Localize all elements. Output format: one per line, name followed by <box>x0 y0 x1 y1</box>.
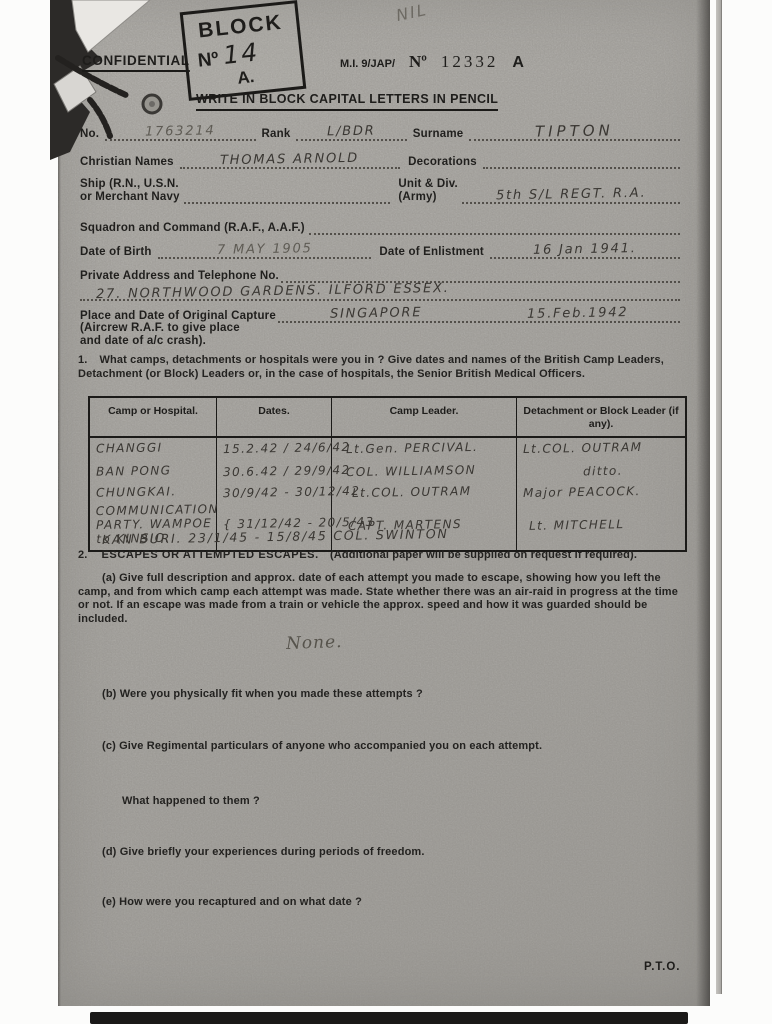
stamp-no-label: Nº <box>197 49 220 72</box>
rank-label: Rank <box>262 128 291 141</box>
capture-field: SINGAPORE 15.Feb.1942 <box>278 304 680 323</box>
address-field: 27. NORTHWOOD GARDENS. ILFORD ESSEX. <box>80 282 680 301</box>
cell-detachment: Major PEACOCK. <box>523 484 641 500</box>
question-2-title: ESCAPES OR ATTEMPTED ESCAPES. <box>101 549 318 561</box>
cell-dates: 15.2.42 / 24/6/42 <box>223 440 351 456</box>
header-dates: Dates. <box>217 398 332 436</box>
address-value: 27. NORTHWOOD GARDENS. ILFORD ESSEX. <box>96 281 450 302</box>
unit-label-line2: (Army) <box>398 191 458 204</box>
unit-value: 5th S/L REGT. R.A. <box>496 186 647 204</box>
decorations-label: Decorations <box>408 156 477 169</box>
no-field: 1763214 <box>105 122 255 141</box>
unit-field: 5th S/L REGT. R.A. <box>462 185 680 204</box>
ref-no-label: Nº <box>409 52 427 72</box>
camps-table-header: Camp or Hospital. Dates. Camp Leader. De… <box>90 398 685 438</box>
field-row-address-value: 27. NORTHWOOD GARDENS. ILFORD ESSEX. <box>80 282 680 301</box>
field-row-no-rank-surname: No. 1763214 Rank L/BDR Surname TIPTON <box>80 122 680 141</box>
squadron-field <box>309 216 680 235</box>
date-of-birth-value: 7 MAY 1905 <box>217 241 313 258</box>
torn-paper-flap <box>72 0 150 52</box>
question-2a-text: (a) Give full description and approx. da… <box>78 572 692 626</box>
question-2a-answer: None. <box>286 632 343 654</box>
date-of-birth-label: Date of Birth <box>80 246 152 259</box>
pto-marking: P.T.O. <box>644 961 680 973</box>
table-row: CHUNGKAI. 30/9/42 - 30/12/42. Lt.COL. OU… <box>90 482 685 502</box>
date-of-birth-field: 7 MAY 1905 <box>158 240 372 259</box>
field-row-capture: Place and Date of Original Capture SINGA… <box>80 304 680 323</box>
cell-camp: CHUNGKAI. <box>96 484 177 499</box>
cell-dates: 30/9/42 - 30/12/42. <box>223 484 366 500</box>
table-row: BAN PONG 30.6.42 / 29/9/42 COL. WILLIAMS… <box>90 461 685 482</box>
reference-number-line: M.I. 9/JAP/ Nº 12332 A <box>340 52 524 72</box>
scan-bottom-bar <box>90 1012 688 1024</box>
cell-camp: CHANGGI <box>96 440 163 455</box>
address-field-lead <box>281 264 680 283</box>
no-label: No. <box>80 128 99 141</box>
header-detachment-leader: Detachment or Block Leader (if any). <box>517 398 685 436</box>
enlistment-label: Date of Enlistment <box>379 246 484 259</box>
field-row-squadron: Squadron and Command (R.A.F., A.A.F.) <box>80 216 680 235</box>
confidential-marking: CONFIDENTIAL <box>82 53 190 72</box>
decorations-field <box>483 150 680 169</box>
capture-date-value: 15.Feb.1942 <box>526 305 628 322</box>
block-number-stamp: BLOCK Nº 14 A. <box>180 0 307 101</box>
ship-label-line2: or Merchant Navy <box>80 191 180 204</box>
rank-value: L/BDR <box>327 124 376 140</box>
capture-note-line2: and date of a/c crash). <box>80 335 206 348</box>
christian-names-value: THOMAS ARNOLD <box>220 151 359 168</box>
ref-suffix: A <box>512 54 524 72</box>
capture-place-value: SINGAPORE <box>330 305 423 322</box>
adjacent-page-edge <box>716 0 722 994</box>
question-2-title-note: (Additional paper will be supplied on re… <box>330 549 637 561</box>
header-camp-leader: Camp Leader. <box>332 398 517 436</box>
ship-label-line1: Ship (R.N., U.S.N. <box>80 178 180 191</box>
christian-names-label: Christian Names <box>80 156 174 169</box>
form-instruction-heading: WRITE IN BLOCK CAPITAL LETTERS IN PENCIL <box>196 92 498 111</box>
ref-series: M.I. 9/JAP/ <box>340 58 395 70</box>
cell-camp: BAN PONG <box>96 463 172 478</box>
cell-leader: COL. WILLIAMSON <box>346 463 476 479</box>
question-2c-text: (c) Give Regimental particulars of anyon… <box>102 740 662 754</box>
field-row-dob-enlistment: Date of Birth 7 MAY 1905 Date of Enlistm… <box>80 240 680 259</box>
christian-names-field: THOMAS ARNOLD <box>180 150 400 169</box>
cell-detachment: ditto. <box>583 464 623 479</box>
scanned-page: NIL CONFIDENTIAL BLOCK Nº 14 A. M.I. 9/J… <box>58 0 710 1006</box>
unit-label-line1: Unit & Div. <box>398 178 458 191</box>
field-row-names-decorations: Christian Names THOMAS ARNOLD Decoration… <box>80 150 680 169</box>
stamp-number-handwritten: 14 <box>222 37 261 70</box>
question-2d-text: (d) Give briefly your experiences during… <box>102 846 662 860</box>
question-1-text: 1.What camps, detachments or hospitals w… <box>78 354 686 381</box>
capture-note-line1: (Aircrew R.A.F. to give place <box>80 322 240 335</box>
field-row-ship-unit: Ship (R.N., U.S.N. or Merchant Navy Unit… <box>80 178 680 204</box>
grommet-hole-center <box>149 101 155 107</box>
question-2c-followup-text: What happened to them ? <box>122 795 622 809</box>
enlistment-value: 16 Jan 1941. <box>533 241 637 258</box>
cell-detachment: Lt. MITCHELL <box>529 517 625 533</box>
ship-field <box>184 185 391 204</box>
cell-detachment: Lt.COL. OUTRAM <box>523 440 643 456</box>
question-2-number: 2. <box>78 549 87 561</box>
header-camp: Camp or Hospital. <box>90 398 217 436</box>
surname-label: Surname <box>413 128 464 141</box>
rank-field: L/BDR <box>296 122 406 141</box>
question-2b-text: (b) Were you physically fit when you mad… <box>102 688 662 702</box>
question-2-title-line: 2.ESCAPES OR ATTEMPTED ESCAPES. (Additio… <box>78 549 693 563</box>
table-overflow-row: KAN BURI. 23/1/45 - 15/8/45 COL. SWINTON <box>102 528 449 546</box>
question-2e-text: (e) How were you recaptured and on what … <box>102 896 662 910</box>
ref-number: 12332 <box>441 52 499 72</box>
question-1-number: 1. <box>78 354 87 366</box>
pencil-nil-note: NIL <box>394 0 429 25</box>
scanned-form-screenshot: NIL CONFIDENTIAL BLOCK Nº 14 A. M.I. 9/J… <box>0 0 772 1024</box>
no-value: 1763214 <box>145 123 216 139</box>
squadron-label: Squadron and Command (R.A.F., A.A.F.) <box>80 222 305 235</box>
table-row: CHANGGI 15.2.42 / 24/6/42 Lt.Gen. PERCIV… <box>90 438 685 461</box>
surname-value: TIPTON <box>535 121 614 140</box>
cell-leader: Lt.Gen. PERCIVAL. <box>346 440 478 456</box>
overflow-camp-entry: KAN BURI. 23/1/45 - 15/8/45 COL. SWINTON <box>102 526 449 547</box>
surname-field: TIPTON <box>469 122 680 141</box>
field-row-address-label: Private Address and Telephone No. <box>80 264 680 283</box>
cell-dates: 30.6.42 / 29/9/42 <box>223 463 351 479</box>
cell-leader: Lt.COL. OUTRAM <box>352 484 472 500</box>
enlistment-field: 16 Jan 1941. <box>490 240 680 259</box>
